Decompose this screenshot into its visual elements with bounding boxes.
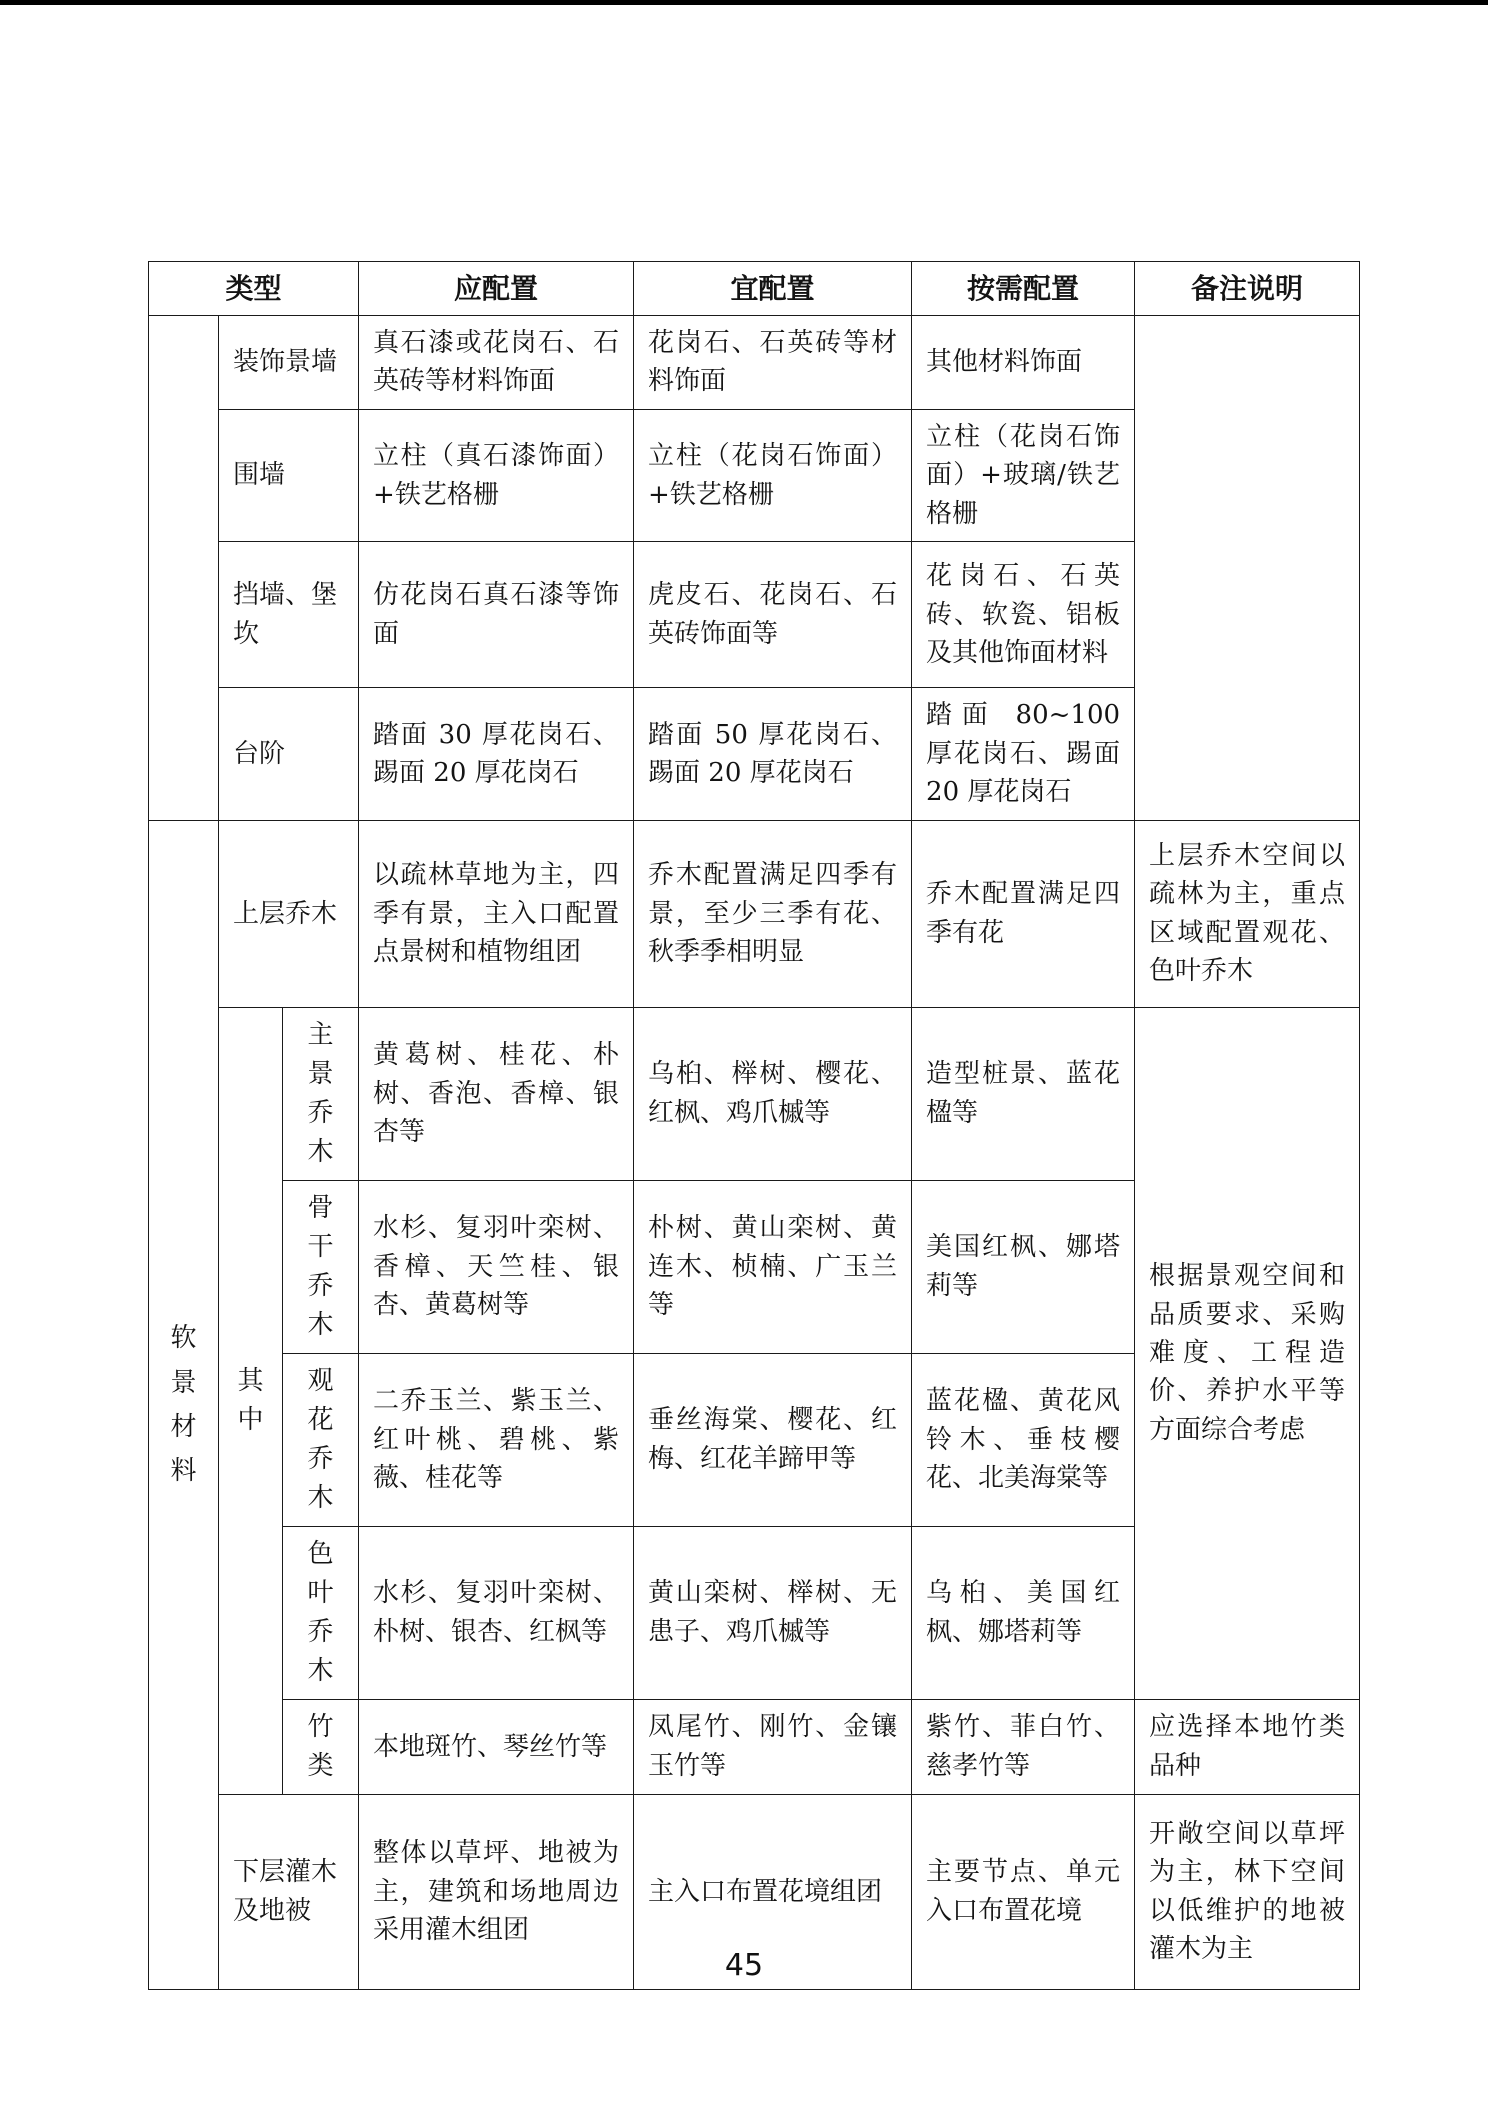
cell-type: 装饰景墙 [219, 316, 359, 410]
header-suitable: 宜配置 [634, 262, 912, 316]
table-row: 装饰景墙 真石漆或花岗石、石英砖等材料饰面 花岗石、石英砖等材料饰面 其他材料饰… [149, 316, 1360, 410]
category-cell-empty [149, 316, 219, 821]
among-label: 其中 [236, 1362, 266, 1440]
cell-should: 仿花岗石真石漆等饰面 [359, 542, 634, 688]
table-row: 软景材料 上层乔木 以疏林草地为主，四季有景，主入口配置点景树和植物组团 乔木配… [149, 820, 1360, 1007]
header-row: 类型 应配置 宜配置 按需配置 备注说明 [149, 262, 1360, 316]
cell-suitable: 垂丝海棠、樱花、红梅、红花羊蹄甲等 [634, 1353, 912, 1526]
cell-suitable: 朴树、黄山栾树、黄连木、桢楠、广玉兰等 [634, 1180, 912, 1353]
cell-suitable: 凤尾竹、刚竹、金镶玉竹等 [634, 1699, 912, 1794]
cell-remark: 上层乔木空间以疏林为主，重点区域配置观花、色叶乔木 [1135, 820, 1360, 1007]
cell-as-needed: 其他材料饰面 [912, 316, 1135, 410]
cell-as-needed: 造型桩景、蓝花楹等 [912, 1007, 1135, 1180]
table-row: 其中 主景乔木 黄葛树、桂花、朴树、香泡、香樟、银杏等 乌桕、榉树、樱花、红枫、… [149, 1007, 1360, 1180]
cell-as-needed: 紫竹、菲白竹、慈孝竹等 [912, 1699, 1135, 1794]
cell-remark-empty [1135, 316, 1360, 821]
cell-as-needed: 踏面 80~100 厚花岗石、踢面 20 厚花岗石 [912, 688, 1135, 820]
cell-type: 上层乔木 [219, 820, 359, 1007]
cell-should: 黄葛树、桂花、朴树、香泡、香樟、银杏等 [359, 1007, 634, 1180]
cell-type: 台阶 [219, 688, 359, 820]
cell-suitable: 立柱（花岗石饰面）+铁艺格栅 [634, 409, 912, 541]
cell-as-needed: 蓝花楹、黄花风铃木、垂枝樱花、北美海棠等 [912, 1353, 1135, 1526]
among-cell: 其中 [219, 1007, 283, 1794]
soft-material-label: 软景材料 [169, 1316, 199, 1493]
cell-should: 踏面 30 厚花岗石、踢面 20 厚花岗石 [359, 688, 634, 820]
cell-as-needed: 立柱（花岗石饰面）+玻璃/铁艺格栅 [912, 409, 1135, 541]
header-should: 应配置 [359, 262, 634, 316]
cell-remark: 根据景观空间和品质要求、采购难度、工程造价、养护水平等方面综合考虑 [1135, 1007, 1360, 1699]
cell-subtype: 主景乔木 [283, 1007, 359, 1180]
category-cell-soft-material: 软景材料 [149, 820, 219, 1989]
cell-subtype: 骨干乔木 [283, 1180, 359, 1353]
cell-subtype: 竹类 [283, 1699, 359, 1794]
cell-should: 水杉、复羽叶栾树、朴树、银杏、红枫等 [359, 1526, 634, 1699]
cell-suitable: 踏面 50 厚花岗石、踢面 20 厚花岗石 [634, 688, 912, 820]
header-as-needed: 按需配置 [912, 262, 1135, 316]
cell-as-needed: 乔木配置满足四季有花 [912, 820, 1135, 1007]
cell-subtype: 观花乔木 [283, 1353, 359, 1526]
cell-should: 真石漆或花岗石、石英砖等材料饰面 [359, 316, 634, 410]
header-remark: 备注说明 [1135, 262, 1360, 316]
cell-as-needed: 花岗石、石英砖、软瓷、铝板及其他饰面材料 [912, 542, 1135, 688]
cell-should: 水杉、复羽叶栾树、香樟、天竺桂、银杏、黄葛树等 [359, 1180, 634, 1353]
cell-should: 二乔玉兰、紫玉兰、红叶桃、碧桃、紫薇、桂花等 [359, 1353, 634, 1526]
cell-type: 围墙 [219, 409, 359, 541]
document-page: 类型 应配置 宜配置 按需配置 备注说明 装饰景墙 真石漆或花岗石、石英砖等材料… [0, 0, 1488, 2104]
cell-remark: 应选择本地竹类品种 [1135, 1699, 1360, 1794]
table-row: 竹类 本地斑竹、琴丝竹等 凤尾竹、刚竹、金镶玉竹等 紫竹、菲白竹、慈孝竹等 应选… [149, 1699, 1360, 1794]
header-type: 类型 [149, 262, 359, 316]
cell-suitable: 乌桕、榉树、樱花、红枫、鸡爪槭等 [634, 1007, 912, 1180]
cell-suitable: 乔木配置满足四季有景，至少三季有花、秋季季相明显 [634, 820, 912, 1007]
cell-should: 本地斑竹、琴丝竹等 [359, 1699, 634, 1794]
scan-edge-artifact [0, 0, 1488, 5]
cell-suitable: 虎皮石、花岗石、石英砖饰面等 [634, 542, 912, 688]
cell-as-needed: 美国红枫、娜塔莉等 [912, 1180, 1135, 1353]
page-number: 45 [0, 1948, 1488, 1983]
cell-should: 以疏林草地为主，四季有景，主入口配置点景树和植物组团 [359, 820, 634, 1007]
cell-suitable: 花岗石、石英砖等材料饰面 [634, 316, 912, 410]
cell-subtype: 色叶乔木 [283, 1526, 359, 1699]
cell-as-needed: 乌桕、美国红枫、娜塔莉等 [912, 1526, 1135, 1699]
material-config-table: 类型 应配置 宜配置 按需配置 备注说明 装饰景墙 真石漆或花岗石、石英砖等材料… [148, 261, 1360, 1990]
cell-suitable: 黄山栾树、榉树、无患子、鸡爪槭等 [634, 1526, 912, 1699]
cell-should: 立柱（真石漆饰面）+铁艺格栅 [359, 409, 634, 541]
cell-type: 挡墙、堡坎 [219, 542, 359, 688]
